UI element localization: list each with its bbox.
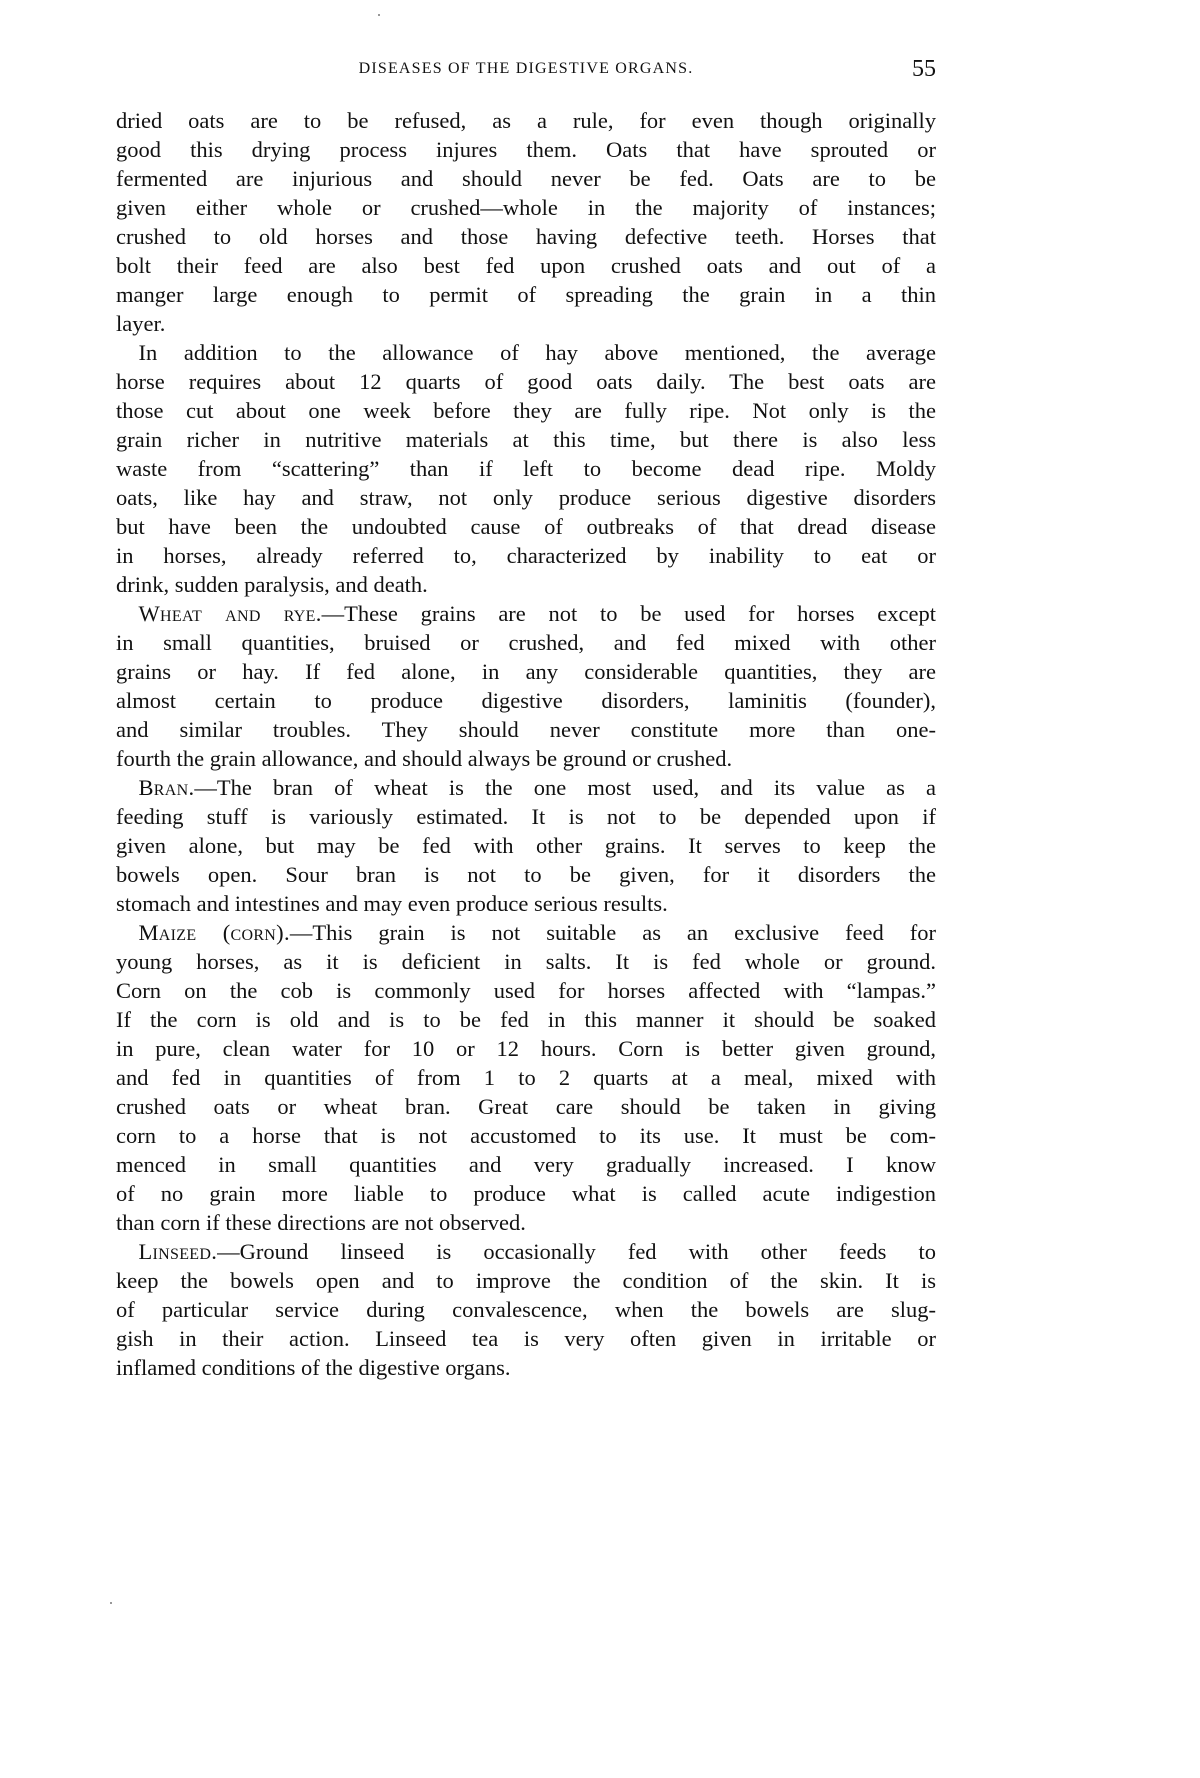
text-line: crushed to old horses and those having d… [116,222,936,251]
text-fragment: —This grain is not suitable as an exclus… [290,920,936,945]
text-line: Corn on the cob is commonly used for hor… [116,976,936,1005]
text-line: gish in their action. Linseed tea is ver… [116,1324,936,1353]
text-line: Bran.—The bran of wheat is the one most … [116,773,936,802]
text-line: of no grain more liable to produce what … [116,1179,936,1208]
text-line: feeding stuff is variously estimated. It… [116,802,936,831]
text-line: almost certain to produce digestive diso… [116,686,936,715]
text-line: of particular service during convalescen… [116,1295,936,1324]
text-line: bolt their feed are also best fed upon c… [116,251,936,280]
text-line: oats, like hay and straw, not only produ… [116,483,936,512]
text-line: and similar troubles. They should never … [116,715,936,744]
paragraph-maize: Maize (corn).—This grain is not suitable… [116,918,936,1237]
text-line: Maize (corn).—This grain is not suitable… [116,918,936,947]
scan-speck [378,14,380,16]
paragraph-dried-oats: dried oats are to be refused, as a rule,… [116,106,936,338]
text-line: crushed oats or wheat bran. Great care s… [116,1092,936,1121]
running-title: DISEASES OF THE DIGESTIVE ORGANS. [116,60,936,78]
section-lead-wheat-and-rye: Wheat and rye. [139,601,322,626]
text-line: layer. [116,309,936,338]
text-fragment: —Ground linseed is occasionally fed with… [217,1239,936,1264]
text-line: than corn if these directions are not ob… [116,1208,936,1237]
book-page: DISEASES OF THE DIGESTIVE ORGANS. 55 dri… [0,0,1200,1778]
text-line: those cut about one week before they are… [116,396,936,425]
text-line: but have been the undoubted cause of out… [116,512,936,541]
text-line: fermented are injurious and should never… [116,164,936,193]
text-line: menced in small quantities and very grad… [116,1150,936,1179]
body-text: dried oats are to be refused, as a rule,… [116,106,936,1382]
text-line: given alone, but may be fed with other g… [116,831,936,860]
text-line: in horses, already referred to, characte… [116,541,936,570]
text-line: corn to a horse that is not accustomed t… [116,1121,936,1150]
text-line: grain richer in nutritive materials at t… [116,425,936,454]
section-lead-bran: Bran. [139,775,195,800]
paragraph-oat-allowance: In addition to the allowance of hay abov… [116,338,936,599]
text-line: given either whole or crushed—whole in t… [116,193,936,222]
scan-speck [110,1602,112,1604]
page-number: 55 [912,56,936,83]
text-line: stomach and intestines and may even prod… [116,889,936,918]
text-line: inflamed conditions of the digestive org… [116,1353,936,1382]
text-line: keep the bowels open and to improve the … [116,1266,936,1295]
text-line: dried oats are to be refused, as a rule,… [116,106,936,135]
text-line: If the corn is old and is to be fed in t… [116,1005,936,1034]
text-fragment: —These grains are not to be used for hor… [322,601,936,626]
text-line: and fed in quantities of from 1 to 2 qua… [116,1063,936,1092]
text-line: good this drying process injures them. O… [116,135,936,164]
text-fragment: —The bran of wheat is the one most used,… [194,775,936,800]
text-line: Linseed.—Ground linseed is occasionally … [116,1237,936,1266]
paragraph-linseed: Linseed.—Ground linseed is occasionally … [116,1237,936,1382]
text-line: grains or hay. If fed alone, in any cons… [116,657,936,686]
text-line: waste from “scattering” than if left to … [116,454,936,483]
text-line: bowels open. Sour bran is not to be give… [116,860,936,889]
text-line: in pure, clean water for 10 or 12 hours.… [116,1034,936,1063]
text-line: manger large enough to permit of spreadi… [116,280,936,309]
text-line: Wheat and rye.—These grains are not to b… [116,599,936,628]
text-line: in small quantities, bruised or crushed,… [116,628,936,657]
running-header: DISEASES OF THE DIGESTIVE ORGANS. 55 [116,56,936,86]
paragraph-bran: Bran.—The bran of wheat is the one most … [116,773,936,918]
paragraph-wheat-and-rye: Wheat and rye.—These grains are not to b… [116,599,936,773]
text-line: young horses, as it is deficient in salt… [116,947,936,976]
text-line: In addition to the allowance of hay abov… [116,338,936,367]
section-lead-maize: Maize (corn). [139,920,290,945]
text-line: fourth the grain allowance, and should a… [116,744,936,773]
text-line: drink, sudden paralysis, and death. [116,570,936,599]
text-line: horse requires about 12 quarts of good o… [116,367,936,396]
section-lead-linseed: Linseed. [139,1239,218,1264]
